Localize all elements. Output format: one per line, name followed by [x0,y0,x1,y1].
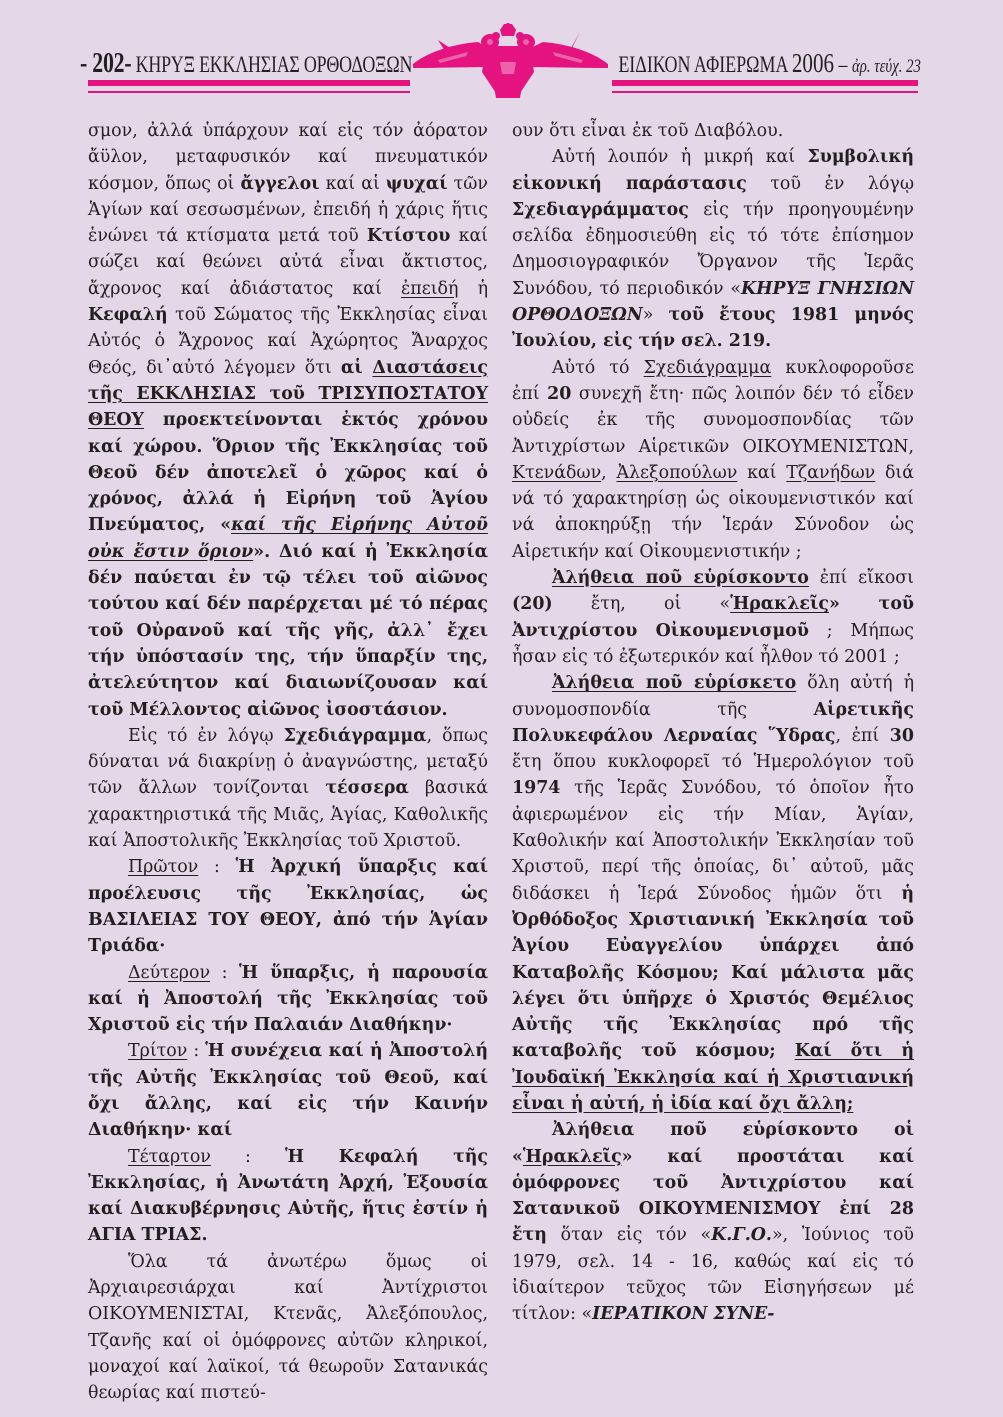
issue-number: ἀρ. τεύχ. 23 [852,56,921,77]
text: ἔτη ὅπου κυκλοφορεῖ τό Ἡμερολόγιον τοῦ [512,752,914,772]
underlined-text: Τζανήδων [786,463,875,483]
bold-underlined-text: Ἡρακλεῖς [730,594,829,614]
underlined-label: Δεύτερον [128,963,210,983]
page-number: - 202- [80,48,131,79]
text: συνεχῆ ἔτη· πῶς λοιπόν δέν τό εἶδεν οὐδε… [512,384,914,457]
bold-text: ». Διό καί ἡ Ἐκκλησία δέν παύεται ἐν τῷ … [88,542,488,720]
text: ἡ [458,279,488,299]
bold-text: τέσσερα [325,778,408,798]
bold-text: Κτίστου [367,226,450,246]
paragraph: σμον, ἀλλά ὑπάρχουν καί εἰς τόν ἀόρατον … [88,118,488,723]
double-headed-eagle-icon [408,22,613,98]
paragraph: Ἀλήθεια ποῦ εὑρίσκοντο ἐπί εἴκοσι (20) ἔ… [512,565,914,670]
publication-title: ΚΗΡΥΞ ΕΚΚΛΗΣΙΑΣ ΟΡΘΟΔΟΞΩΝ [136,52,413,77]
text: Αὐτή λοιπόν ἡ μικρή καί [552,147,807,167]
paragraph: Εἰς τό ἐν λόγῳ Σχεδιάγραμμα, ὅπως δύνατα… [88,723,488,854]
text: ἔτη, οἱ « [553,594,731,614]
paragraph: Αὐτή λοιπόν ἡ μικρή καί Συμβολική εἰκονι… [512,144,914,354]
bold-text: αἱ [341,358,373,378]
list-item-third: Τρίτον : Ἡ συνέχεια καί ἡ Ἀποστολή τῆς Α… [88,1038,488,1143]
underlined-label: Τρίτον [128,1041,187,1061]
paragraph: ουν ὅτι εἶναι ἐκ τοῦ Διαβόλου. [512,118,914,144]
paragraph: Ὅλα τά ἀνωτέρω ὅμως οἱ Ἀρχιαιρεσιάρχαι κ… [88,1249,488,1407]
text: : [187,1041,205,1061]
text: ὅταν εἰς τόν « [547,1225,711,1245]
text: Αὐτό τό [552,358,644,378]
bold-italic-text: Κ.Γ.Ο. [711,1225,772,1245]
header-dash: – [839,52,848,77]
bold-underlined-text: Ἀλήθεια ποῦ εὑρίσκετο [552,673,796,693]
text: : [210,963,239,983]
bold-underlined-text: Ἡρακλεῖς [523,1147,622,1167]
underlined-text: Κτενάδων [512,463,601,483]
underlined-text: Σχεδιάγραμμα [644,358,772,378]
paragraph: Ἀλήθεια ποῦ εὑρίσκετο ὅλη αὐτή ἡ συνομοσ… [512,670,914,1117]
bold-text: 30 [890,726,914,746]
text: : [198,857,235,877]
paragraph: Αὐτό τό Σχεδιάγραμμα κυκλοφοροῦσε ἐπί 20… [512,355,914,565]
header-left: - 202- ΚΗΡΥΞ ΕΚΚΛΗΣΙΑΣ ΟΡΘΟΔΟΞΩΝ [80,48,412,80]
bold-text: (20) [512,594,553,614]
bold-text: 20 [547,384,571,404]
page-header: - 202- ΚΗΡΥΞ ΕΚΚΛΗΣΙΑΣ ΟΡΘΟΔΟΞΩΝ [0,0,1003,110]
underlined-text: Ἀλεξοπούλων [616,463,737,483]
right-column: ουν ὅτι εἶναι ἐκ τοῦ Διαβόλου. Αὐτή λοιπ… [512,118,914,1328]
bold-underlined-text: Ἀλήθεια ποῦ εὑρίσκοντο [552,568,809,588]
bold-text: ἡ Ὀρθόδοξος Χριστιανική Ἐκκλησία τοῦ Ἁγί… [512,884,914,1062]
bold-italic-text: ΙΕΡΑΤΙΚΟΝ ΣΥΝΕ- [592,1304,774,1324]
text: : [211,1147,285,1167]
list-item-fourth: Τέταρτον : Ἡ Κεφαλή τῆς Ἐκκλησίας, ἡ Ἀνω… [88,1144,488,1249]
special-issue-title: ΕΙΔΙΚΟΝ ΑΦΙΕΡΩΜΑ [618,52,787,77]
header-rule-right-thin [612,91,918,93]
paragraph: Ἀλήθεια ποῦ εὑρίσκοντο οἱ «Ἡρακλεῖς» καί… [512,1117,914,1327]
left-column: σμον, ἀλλά ὑπάρχουν καί εἰς τόν ἀόρατον … [88,118,488,1407]
text: καί αἱ [320,174,386,194]
text: , [601,463,616,483]
text: ἐπί εἴκοσι [809,568,914,588]
list-item-first: Πρῶτον : Ἡ Ἀρχική ὕπαρξις καί προέλευσις… [88,854,488,959]
header-right: ΕΙΔΙΚΟΝ ΑΦΙΕΡΩΜΑ 2006 – ἀρ. τεύχ. 23 [618,48,921,79]
text: » [643,305,654,325]
issue-year: 2006 [792,48,834,78]
text: τοῦ ἐν λόγῳ [747,174,914,194]
underlined-label: Τέταρτον [128,1147,211,1167]
text: τῆς Ἱερᾶς Συνόδου, τό ὁποῖον ἦτο ἀφιερωμ… [512,778,914,903]
text: καί [737,463,786,483]
header-rule-left-thin [88,91,410,93]
bold-text: ἄγγελοι [240,174,319,194]
bold-text: Σχεδιάγραμμα [284,726,427,746]
header-rule-left-thick [88,80,410,86]
header-rule-right-thick [612,80,918,86]
list-item-second: Δεύτερον : Ἡ ὕπαρξις, ἡ παρουσία καί ἡ Ἀ… [88,960,488,1039]
bold-text: ψυχαί [386,174,448,194]
underlined-text: ἐπειδή [401,279,458,299]
bold-text: Κεφαλή [88,305,168,325]
text: , ἐπί [835,726,889,746]
text: Ὅλα τά ἀνωτέρω ὅμως οἱ Ἀρχιαιρεσιάρχαι κ… [88,1252,488,1403]
bold-text: Σχεδιαγράμματος [512,200,689,220]
underlined-label: Πρῶτον [128,857,198,877]
bold-text: 1974 [512,778,560,798]
text: ουν ὅτι εἶναι ἐκ τοῦ Διαβόλου. [512,121,783,141]
text: Εἰς τό ἐν λόγῳ [128,726,284,746]
